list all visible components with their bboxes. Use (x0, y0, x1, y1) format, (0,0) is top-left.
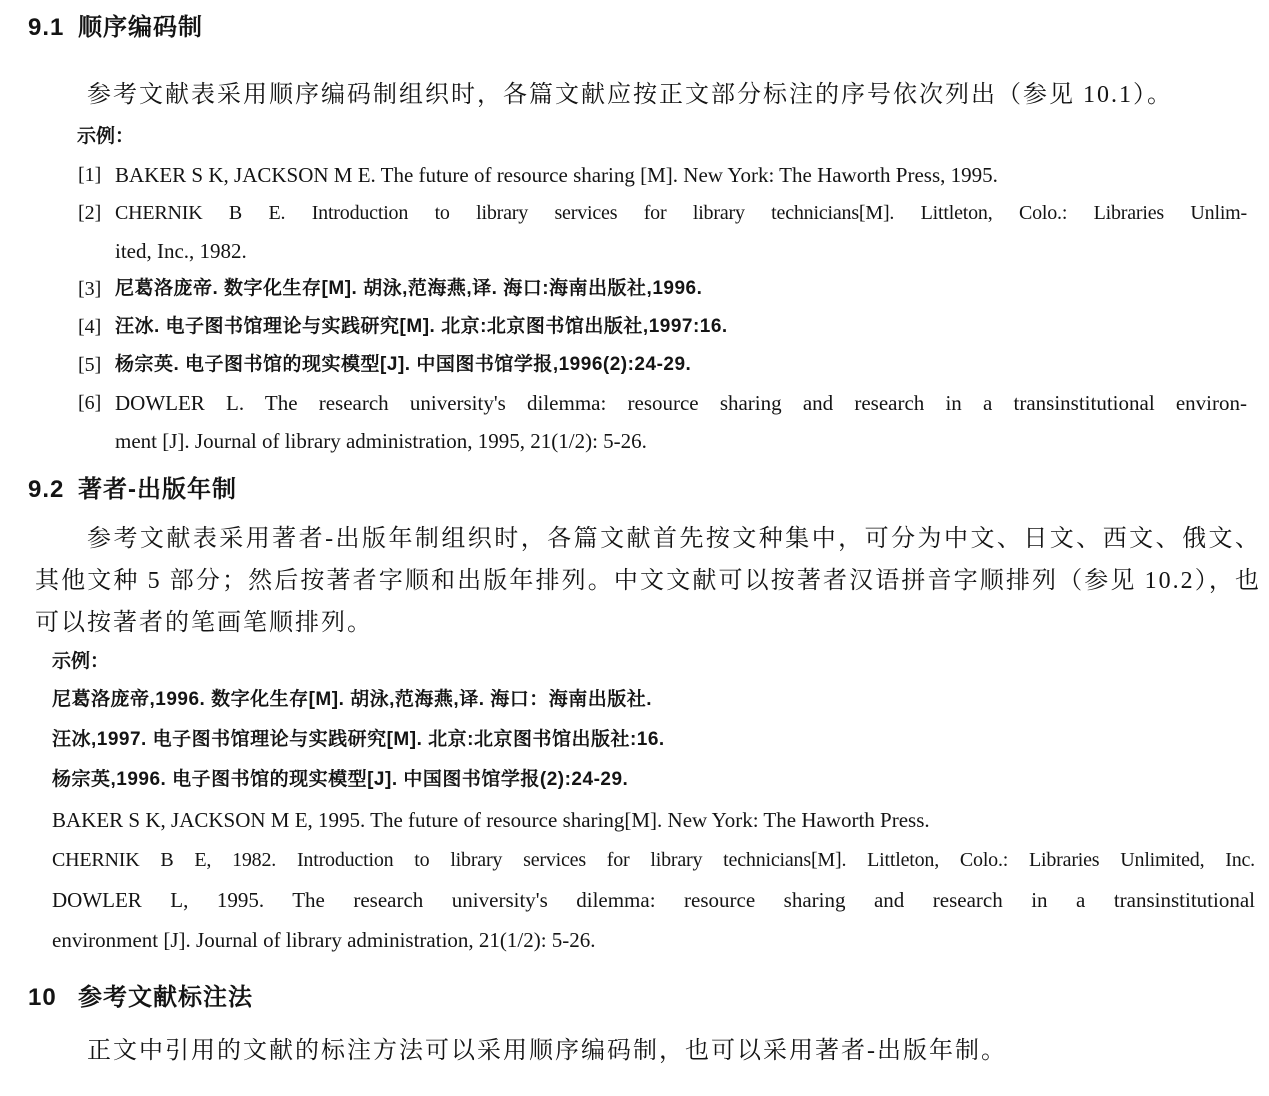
example-line: DOWLER L, 1995. The research university'… (52, 880, 1255, 920)
reference-number: [5] (78, 346, 115, 384)
reference-item: [5] 杨宗英. 电子图书馆的现实模型[J]. 中国图书馆学报,1996(2):… (78, 346, 1247, 384)
section-10: 10 参考文献标注法 正文中引用的文献的标注方法可以采用顺序编码制，也可以采用著… (0, 982, 1269, 1072)
section-9-1: 9.1 顺序编码制 参考文献表采用顺序编码制组织时，各篇文献应按正文部分标注的序… (0, 12, 1269, 460)
example-list-9-2: 尼葛洛庞帝,1996. 数字化生存[M]. 胡泳,范海燕,译. 海口：海南出版社… (52, 680, 1255, 960)
example-line: 杨宗英,1996. 电子图书馆的现实模型[J]. 中国图书馆学报(2):24-2… (52, 760, 1255, 800)
reference-item: [1] BAKER S K, JACKSON M E. The future o… (78, 156, 1247, 194)
example-entry: 尼葛洛庞帝,1996. 数字化生存[M]. 胡泳,范海燕,译. 海口：海南出版社… (52, 680, 1255, 720)
section-number: 9.2 (28, 474, 78, 506)
document-page: 9.1 顺序编码制 参考文献表采用顺序编码制组织时，各篇文献应按正文部分标注的序… (0, 0, 1269, 1096)
reference-text: 汪冰. 电子图书馆理论与实践研究[M]. 北京:北京图书馆出版社,1997:16… (115, 308, 1247, 346)
reference-text: BAKER S K, JACKSON M E. The future of re… (115, 156, 1247, 194)
reference-item: [3] 尼葛洛庞帝. 数字化生存[M]. 胡泳,范海燕,译. 海口:海南出版社,… (78, 270, 1247, 308)
section-9-1-paragraph: 参考文献表采用顺序编码制组织时，各篇文献应按正文部分标注的序号依次列出（参见 1… (35, 74, 1261, 116)
reference-text: DOWLER L. The research university's dile… (115, 384, 1247, 460)
section-title: 著者-出版年制 (78, 474, 237, 506)
reference-text: 杨宗英. 电子图书馆的现实模型[J]. 中国图书馆学报,1996(2):24-2… (115, 346, 1247, 384)
section-9-1-heading: 9.1 顺序编码制 (28, 12, 1259, 44)
reference-line: 杨宗英. 电子图书馆的现实模型[J]. 中国图书馆学报,1996(2):24-2… (115, 346, 1247, 384)
reference-text: 尼葛洛庞帝. 数字化生存[M]. 胡泳,范海燕,译. 海口:海南出版社,1996… (115, 270, 1247, 308)
example-entry: BAKER S K, JACKSON M E, 1995. The future… (52, 800, 1255, 840)
example-line: BAKER S K, JACKSON M E, 1995. The future… (52, 800, 1255, 840)
reference-number: [6] (78, 384, 115, 460)
section-title: 顺序编码制 (78, 12, 203, 44)
reference-line: ment [J]. Journal of library administrat… (115, 422, 1247, 460)
reference-item: [2] CHERNIK B E. Introduction to library… (78, 194, 1247, 270)
reference-number: [4] (78, 308, 115, 346)
section-9-2-paragraph: 参考文献表采用著者-出版年制组织时，各篇文献首先按文种集中，可分为中文、日文、西… (35, 518, 1261, 644)
reference-line: ited, Inc., 1982. (115, 232, 1247, 270)
example-line: 汪冰,1997. 电子图书馆理论与实践研究[M]. 北京:北京图书馆出版社:16… (52, 720, 1255, 760)
example-entry: DOWLER L, 1995. The research university'… (52, 880, 1255, 960)
example-line: 尼葛洛庞帝,1996. 数字化生存[M]. 胡泳,范海燕,译. 海口：海南出版社… (52, 680, 1255, 720)
reference-number: [2] (78, 194, 115, 270)
reference-text: CHERNIK B E. Introduction to library ser… (115, 194, 1247, 270)
example-entry: CHERNIK B E, 1982. Introduction to libra… (52, 840, 1255, 880)
section-number: 9.1 (28, 12, 78, 44)
example-entry: 汪冰,1997. 电子图书馆理论与实践研究[M]. 北京:北京图书馆出版社:16… (52, 720, 1255, 760)
reference-line: CHERNIK B E. Introduction to library ser… (115, 194, 1247, 232)
section-title: 参考文献标注法 (78, 982, 253, 1014)
reference-item: [6] DOWLER L. The research university's … (78, 384, 1247, 460)
reference-list-9-1: [1] BAKER S K, JACKSON M E. The future o… (78, 156, 1247, 460)
example-label: 示例： (77, 120, 1269, 154)
reference-line: 汪冰. 电子图书馆理论与实践研究[M]. 北京:北京图书馆出版社,1997:16… (115, 308, 1247, 346)
reference-number: [1] (78, 156, 115, 194)
reference-item: [4] 汪冰. 电子图书馆理论与实践研究[M]. 北京:北京图书馆出版社,199… (78, 308, 1247, 346)
reference-number: [3] (78, 270, 115, 308)
example-line: CHERNIK B E, 1982. Introduction to libra… (52, 840, 1255, 880)
section-10-paragraph: 正文中引用的文献的标注方法可以采用顺序编码制，也可以采用著者-出版年制。 (35, 1030, 1261, 1072)
example-entry: 杨宗英,1996. 电子图书馆的现实模型[J]. 中国图书馆学报(2):24-2… (52, 760, 1255, 800)
section-9-2: 9.2 著者-出版年制 参考文献表采用著者-出版年制组织时，各篇文献首先按文种集… (0, 474, 1269, 960)
section-number: 10 (28, 982, 78, 1014)
reference-line: 尼葛洛庞帝. 数字化生存[M]. 胡泳,范海燕,译. 海口:海南出版社,1996… (115, 270, 1247, 308)
example-label: 示例： (52, 644, 1269, 680)
reference-line: DOWLER L. The research university's dile… (115, 384, 1247, 422)
example-line: environment [J]. Journal of library admi… (52, 920, 1255, 960)
section-9-2-heading: 9.2 著者-出版年制 (28, 474, 1259, 506)
reference-line: BAKER S K, JACKSON M E. The future of re… (115, 156, 1247, 194)
section-10-heading: 10 参考文献标注法 (28, 982, 1259, 1014)
